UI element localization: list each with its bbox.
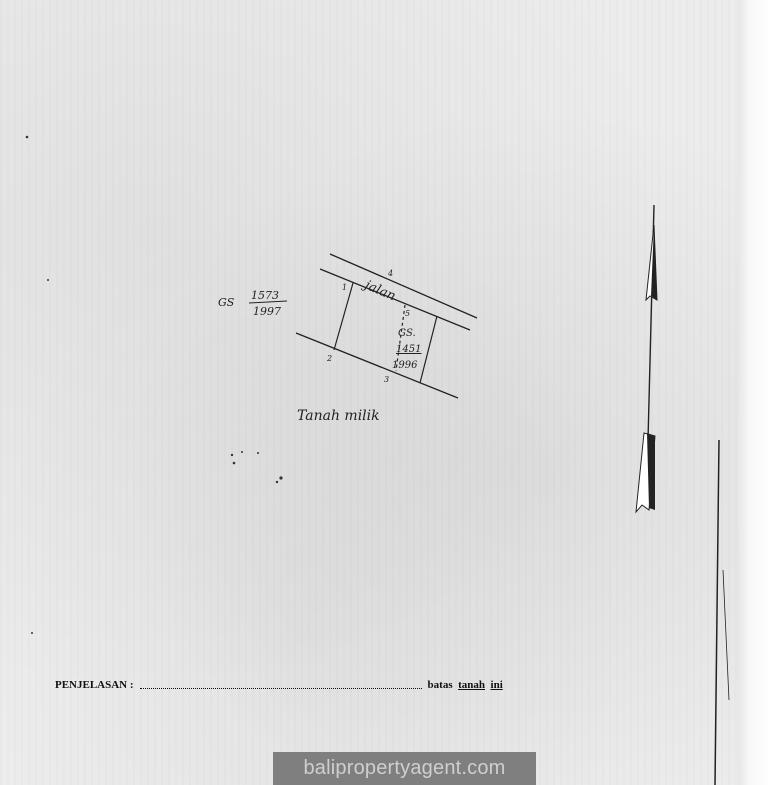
point-label-1: 1: [342, 283, 347, 292]
ini-text: ini: [491, 679, 503, 691]
parcel-ref-inside-number: 1451: [396, 344, 421, 355]
point-label-2: 2: [326, 354, 332, 363]
parcel-ref-inside-year: 1996: [392, 360, 418, 371]
sketch-map: GS 1573 1997 jalan 1 2 3 4 5 GS. 1451 19…: [0, 0, 768, 785]
parcel-ref-inside-prefix: GS.: [398, 328, 416, 339]
adjacent-land-label: Tanah milik: [297, 408, 380, 424]
ink-specks: [26, 136, 283, 634]
parcel-ref-left-prefix: GS: [218, 296, 235, 309]
watermark-banner: balipropertyagent.com: [273, 752, 536, 785]
parcel-ref-left-number: 1573: [251, 289, 279, 302]
explanation-line: PENJELASAN :batas tanah ini: [55, 679, 503, 691]
parcel-ref-left-year: 1997: [253, 305, 281, 318]
explanation-label: PENJELASAN :: [55, 679, 134, 691]
dotted-leader: [140, 682, 422, 689]
page-border-lines: [715, 440, 729, 785]
batas-text: batas: [428, 679, 453, 691]
north-arrow-icon: [636, 205, 657, 512]
point-label-3: 3: [384, 375, 389, 384]
point-label-5: 5: [405, 309, 410, 318]
tanah-text: tanah: [458, 679, 485, 691]
point-label-4: 4: [387, 269, 393, 278]
